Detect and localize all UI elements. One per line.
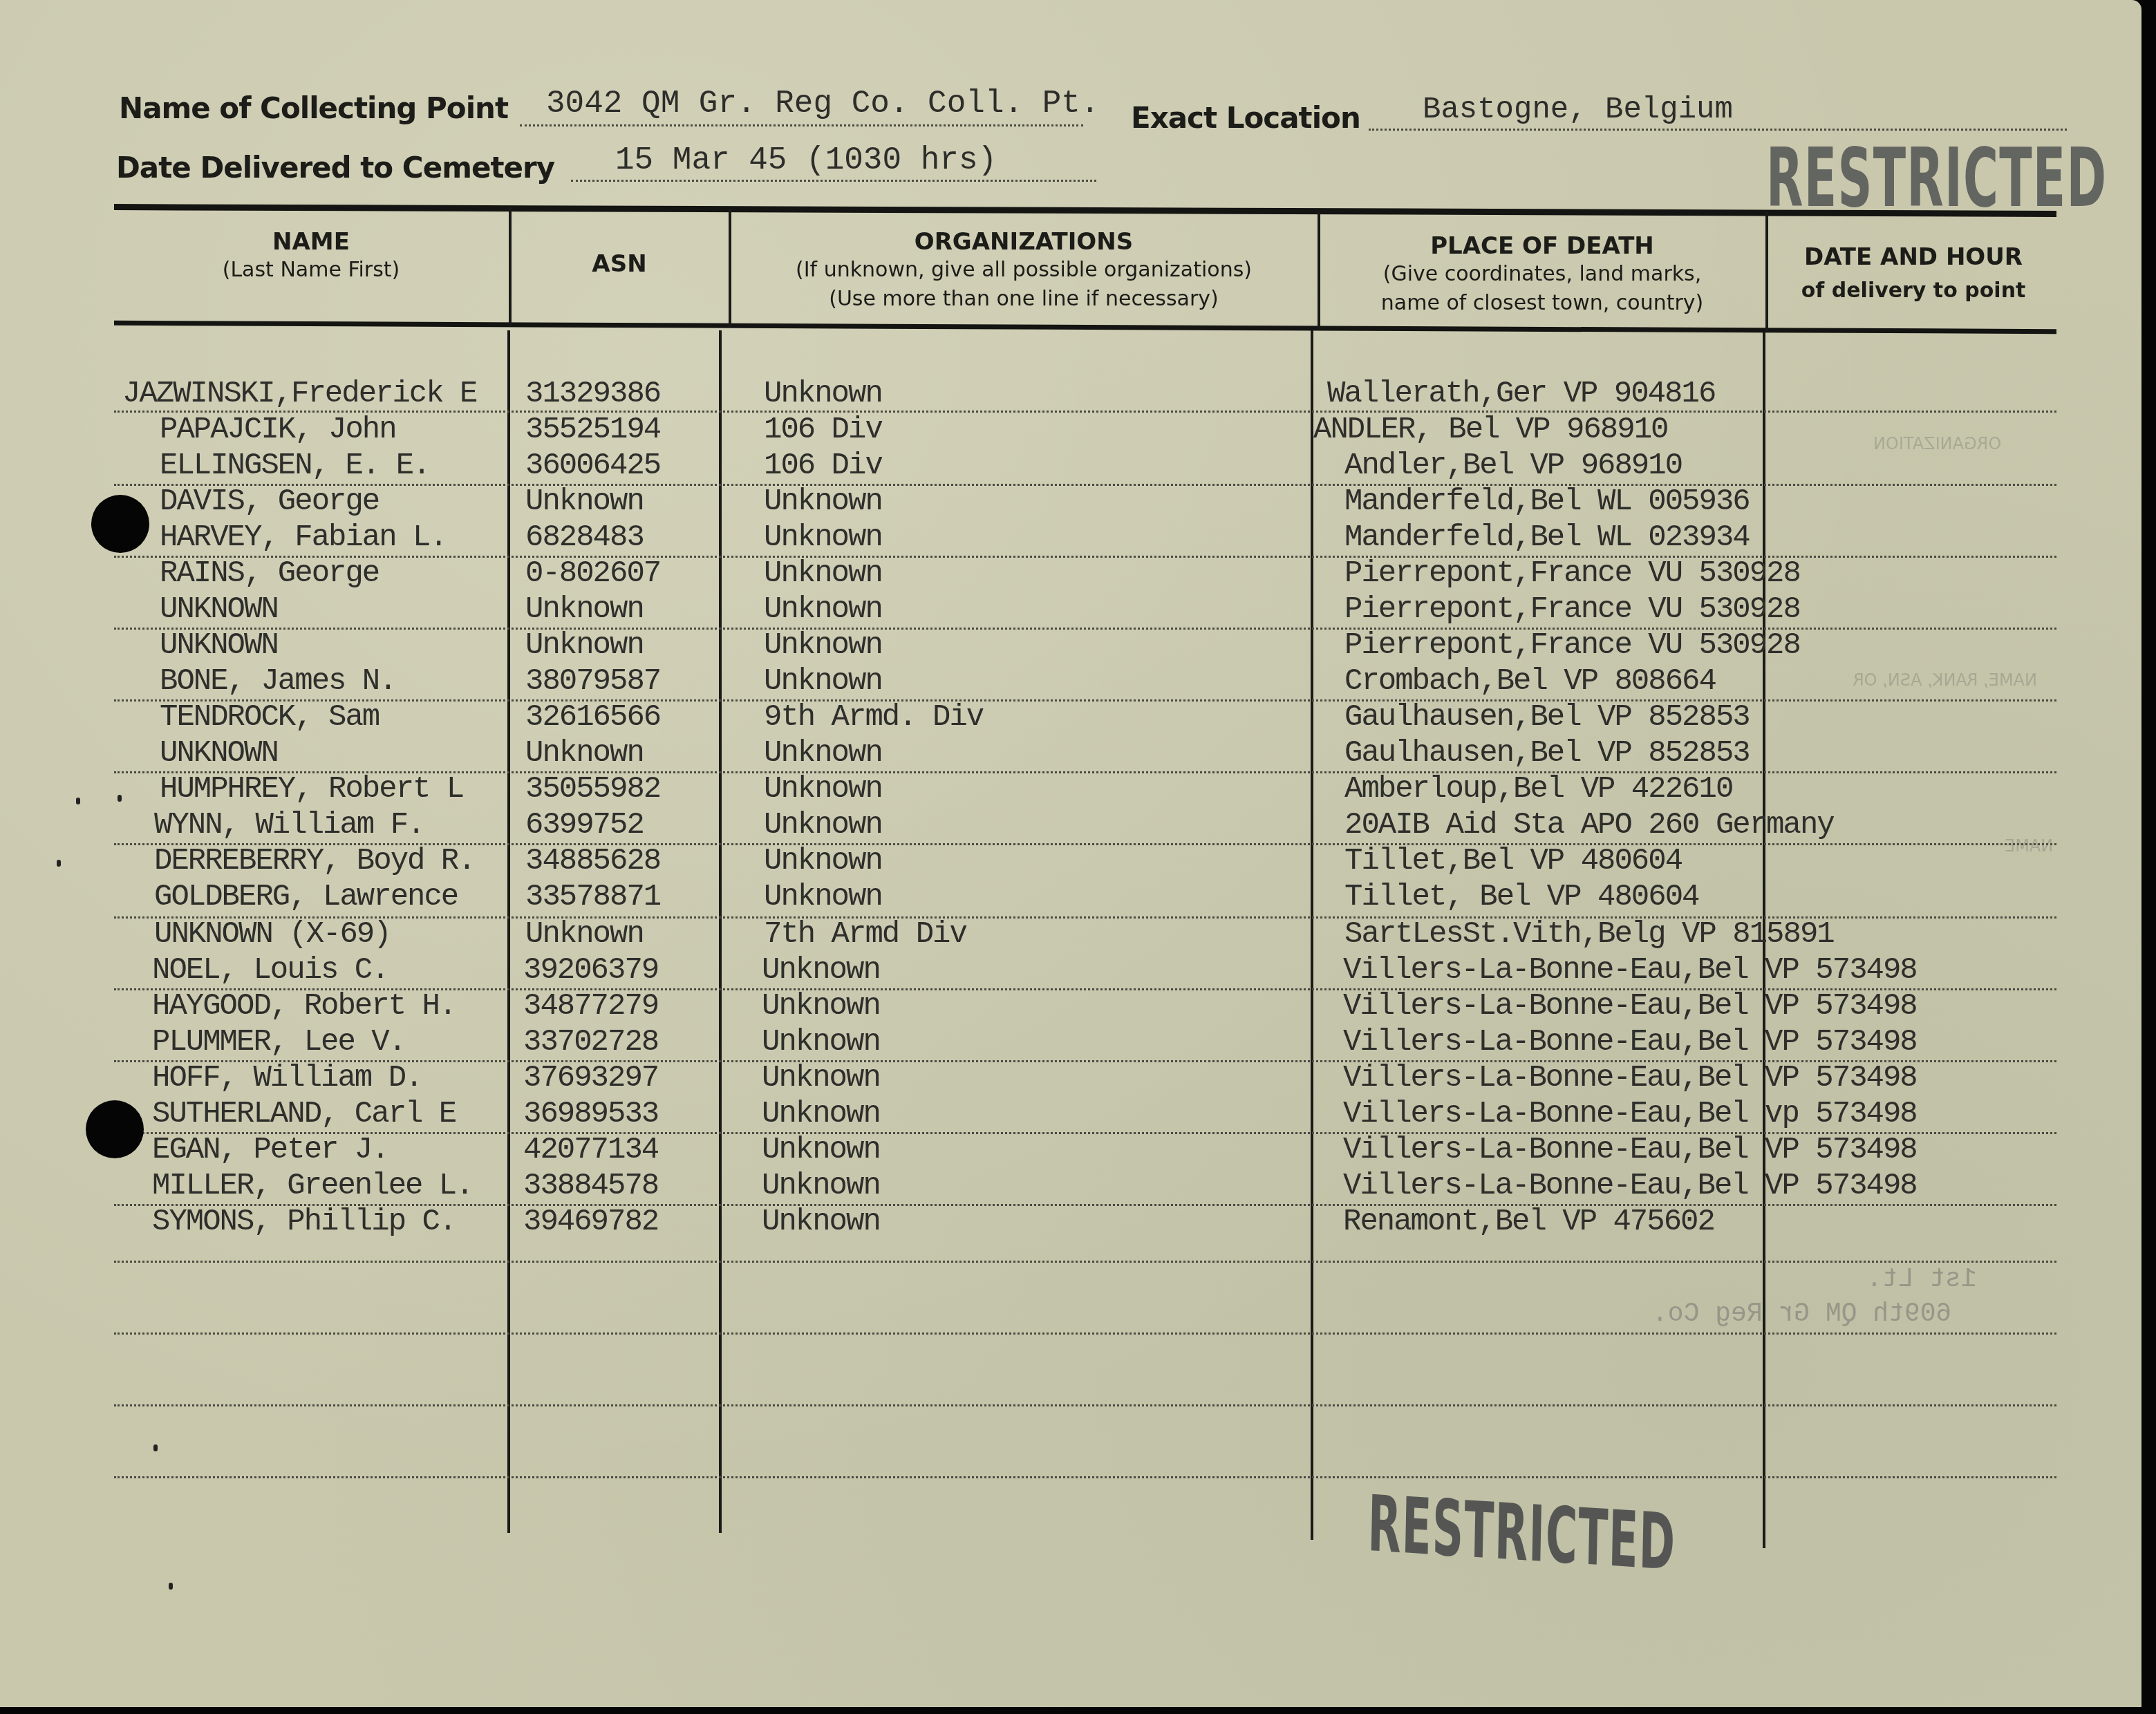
cell-org: Unknown: [762, 1024, 880, 1060]
header-name-title: NAME: [114, 228, 508, 256]
header-organizations: ORGANIZATIONS (If unknown, give all poss…: [731, 228, 1316, 314]
cell-org: Unknown: [764, 556, 882, 592]
cell-place: Villers-La-Bonne-Eau,Bel VP 573498: [1343, 1024, 1917, 1060]
cell-org: Unknown: [764, 735, 882, 771]
cell-asn: 35525194: [525, 412, 660, 448]
cell-org: Unknown: [762, 1096, 880, 1132]
cell-org: Unknown: [762, 1060, 880, 1096]
cell-name: TENDROCK, Sam: [160, 699, 379, 735]
row-guide: [114, 1332, 2056, 1335]
cell-org: 7th Armd Div: [764, 916, 966, 952]
bleed-through-signature: 609th QM Gr Reg Co.: [1652, 1299, 1951, 1329]
cell-org: Unknown: [762, 988, 880, 1024]
cell-asn: 34877279: [523, 988, 658, 1024]
cell-place: Manderfeld,Bel WL 005936: [1344, 484, 1750, 520]
cell-name: HARVEY, Fabian L.: [160, 520, 447, 556]
row-guide: [114, 1476, 2056, 1478]
header-name-sub: (Last Name First): [114, 256, 508, 285]
cell-asn: Unknown: [525, 484, 644, 520]
cell-org: Unknown: [764, 771, 882, 807]
exact-location-line: [1369, 129, 2067, 131]
header-organizations-sub2: (Use more than one line if necessary): [731, 285, 1316, 314]
column-line-1: [507, 330, 510, 1533]
cell-place: Villers-La-Bonne-Eau,Bel vp 573498: [1343, 1096, 1917, 1132]
cell-org: Unknown: [764, 484, 882, 520]
cell-place: Gaulhausen,Bel VP 852853: [1344, 735, 1750, 771]
cell-place: Wallerath,Ger VP 904816: [1327, 376, 1715, 412]
cell-name: JAZWINSKI,Frederick E: [122, 376, 477, 412]
restricted-stamp-bottom: RESTRICTED: [1367, 1479, 1676, 1588]
cell-org: Unknown: [762, 952, 880, 988]
cell-org: 106 Div: [764, 412, 882, 448]
ink-speck: [118, 795, 122, 802]
cell-name: PLUMMER, Lee V.: [152, 1024, 405, 1060]
cell-place: ANDLER, Bel VP 968910: [1313, 412, 1668, 448]
cell-name: MILLER, Greenlee L.: [152, 1168, 473, 1204]
cell-place: Pierrepont,France VU 530928: [1344, 628, 1800, 663]
header-asn: ASN: [512, 250, 727, 278]
cell-asn: 38079587: [525, 663, 660, 699]
cell-name: PAPAJCIK, John: [160, 412, 396, 448]
cell-asn: 37693297: [523, 1060, 658, 1096]
cell-name: HAYGOOD, Robert H.: [152, 988, 456, 1024]
cell-name: SYMONS, Phillip C.: [152, 1204, 456, 1240]
cell-name: UNKNOWN: [160, 592, 278, 628]
cell-name: BONE, James N.: [160, 663, 396, 699]
cell-asn: 39206379: [523, 952, 658, 988]
cell-name: HUMPHREY, Robert L: [160, 771, 463, 807]
cell-asn: Unknown: [525, 592, 644, 628]
cell-name: HOFF, William D.: [152, 1060, 422, 1096]
cell-org: Unknown: [764, 879, 882, 915]
date-delivered-line: [571, 180, 1096, 182]
cell-asn: 6399752: [525, 807, 644, 843]
cell-asn: Unknown: [525, 916, 644, 952]
cell-name: DAVIS, George: [160, 484, 379, 520]
cell-place: Manderfeld,Bel WL 023934: [1344, 520, 1750, 556]
header-date-title: DATE AND HOUR: [1768, 243, 2059, 271]
cell-name: NOEL, Louis C.: [152, 952, 388, 988]
cell-asn: 6828483: [525, 520, 644, 556]
cell-place: Pierrepont,France VU 530928: [1344, 556, 1800, 592]
cell-asn: 33702728: [523, 1024, 658, 1060]
cell-place: Gaulhausen,Bel VP 852853: [1344, 699, 1750, 735]
collecting-point-label: Name of Collecting Point: [119, 91, 508, 125]
cell-org: Unknown: [762, 1168, 880, 1204]
cell-org: Unknown: [764, 663, 882, 699]
ink-speck: [153, 1444, 158, 1451]
header-date-hour: DATE AND HOUR of delivery to point: [1768, 243, 2059, 305]
ink-speck: [76, 798, 80, 804]
cell-place: Renamont,Bel VP 475602: [1343, 1204, 1714, 1240]
cell-org: Unknown: [764, 628, 882, 663]
row-guide: [114, 1404, 2056, 1406]
ink-speck: [57, 860, 61, 867]
punch-hole: [86, 1100, 144, 1158]
cell-org: 9th Armd. Div: [764, 699, 983, 735]
cell-name: RAINS, George: [160, 556, 379, 592]
date-delivered-value: 15 Mar 45 (1030 hrs): [615, 142, 997, 178]
row-guide: [114, 484, 2056, 486]
cell-place: 20AIB Aid Sta APO 260 Germany: [1344, 807, 1834, 843]
cell-place: Andler,Bel VP 968910: [1344, 448, 1682, 484]
document-page: Name of Collecting Point 3042 QM Gr. Reg…: [0, 0, 2141, 1707]
header-organizations-title: ORGANIZATIONS: [731, 228, 1316, 256]
cell-name: UNKNOWN: [160, 735, 278, 771]
cell-asn: 35055982: [525, 771, 660, 807]
cell-asn: 31329386: [525, 376, 660, 412]
cell-name: GOLDBERG, Lawrence: [154, 879, 458, 915]
bleed-through-signature: 1st Lt.: [1866, 1265, 1977, 1294]
cell-place: Villers-La-Bonne-Eau,Bel VP 573498: [1343, 952, 1917, 988]
cell-name: EGAN, Peter J.: [152, 1132, 388, 1168]
cell-place: Crombach,Bel VP 808664: [1344, 663, 1716, 699]
cell-place: Villers-La-Bonne-Eau,Bel VP 573498: [1343, 1060, 1917, 1096]
exact-location-label: Exact Location: [1131, 101, 1360, 135]
cell-org: Unknown: [762, 1132, 880, 1168]
cell-name: UNKNOWN: [160, 628, 278, 663]
cell-asn: 42077134: [523, 1132, 658, 1168]
cell-org: 106 Div: [764, 448, 882, 484]
collecting-point-value: 3042 QM Gr. Reg Co. Coll. Pt.: [546, 86, 1100, 122]
cell-asn: 36006425: [525, 448, 660, 484]
cell-place: SartLesSt.Vith,Belg VP 815891: [1344, 916, 1834, 952]
cell-name: DERREBERRY, Boyd R.: [154, 843, 475, 879]
cell-asn: Unknown: [525, 628, 644, 663]
bleed-through-text: ORGANIZATION: [1873, 434, 2001, 453]
header-asn-title: ASN: [512, 250, 727, 278]
cell-org: Unknown: [764, 376, 882, 412]
cell-asn: 0-802607: [525, 556, 660, 592]
cell-org: Unknown: [764, 843, 882, 879]
row-guide: [114, 1261, 2056, 1263]
cell-asn: 33578871: [525, 879, 660, 915]
row-guide: [114, 699, 2056, 701]
header-place-title: PLACE OF DEATH: [1320, 232, 1764, 260]
cell-org: Unknown: [762, 1204, 880, 1240]
bleed-through-text: NAME, RANK, ASN, OR: [1853, 670, 2037, 690]
cell-place: Tillet,Bel VP 480604: [1344, 843, 1682, 879]
cell-place: Pierrepont,France VU 530928: [1344, 592, 1800, 628]
cell-name: ELLINGSEN, E. E.: [160, 448, 429, 484]
cell-name: UNKNOWN (X-69): [154, 916, 391, 952]
header-place-sub2: name of closest town, country): [1320, 289, 1764, 318]
ink-speck: [169, 1583, 173, 1590]
header-place-of-death: PLACE OF DEATH (Give coordinates, land m…: [1320, 232, 1764, 318]
column-line-3: [1311, 330, 1313, 1540]
cell-place: Tillet, Bel VP 480604: [1344, 879, 1699, 915]
cell-asn: 34885628: [525, 843, 660, 879]
cell-asn: 32616566: [525, 699, 660, 735]
header-place-sub1: (Give coordinates, land marks,: [1320, 260, 1764, 289]
cell-asn: 33884578: [523, 1168, 658, 1204]
cell-org: Unknown: [764, 807, 882, 843]
cell-asn: 36989533: [523, 1096, 658, 1132]
cell-name: WYNN, William F.: [154, 807, 424, 843]
cell-place: Villers-La-Bonne-Eau,Bel VP 573498: [1343, 988, 1917, 1024]
cell-org: Unknown: [764, 520, 882, 556]
cell-place: Villers-La-Bonne-Eau,Bel VP 573498: [1343, 1168, 1917, 1204]
bleed-through-text: NAME: [2005, 836, 2053, 856]
cell-asn: Unknown: [525, 735, 644, 771]
column-line-2: [719, 330, 722, 1533]
header-name: NAME (Last Name First): [114, 228, 508, 285]
cell-asn: 39469782: [523, 1204, 658, 1240]
exact-location-value: Bastogne, Belgium: [1423, 93, 1733, 127]
header-organizations-sub1: (If unknown, give all possible organizat…: [731, 256, 1316, 285]
collecting-point-line: [520, 124, 1083, 126]
cell-place: Villers-La-Bonne-Eau,Bel VP 573498: [1343, 1132, 1917, 1168]
date-delivered-label: Date Delivered to Cemetery: [116, 151, 554, 185]
punch-hole: [91, 495, 149, 553]
cell-name: SUTHERLAND, Carl E: [152, 1096, 456, 1132]
header-date-sub: of delivery to point: [1768, 276, 2059, 305]
cell-org: Unknown: [764, 592, 882, 628]
cell-place: Amberloup,Bel VP 422610: [1344, 771, 1732, 807]
